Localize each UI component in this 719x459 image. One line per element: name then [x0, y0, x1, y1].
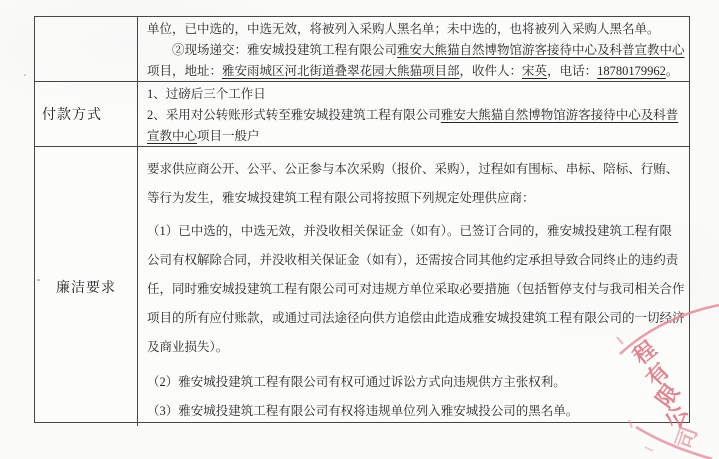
- text-line: （1）已中选的，中选无效，并没收相关保证金（如有）。已签订合同的，雅安城投建筑工…: [147, 217, 685, 246]
- scan-speck: [463, 118, 465, 120]
- text-line: （2）雅安城投建筑工程有限公司有权可通过诉讼方式向违规供方主张权利。: [147, 368, 685, 397]
- text-segment: 1、过磅后三个工作日: [147, 87, 266, 101]
- text-line: 项目的所有应付账款，或通过司法途径向供方追偿由此造成雅安城投建筑工程有限公司的一…: [147, 304, 685, 333]
- text-line: 单位，已中选的，中选无效，将被列入采购人黑名单；未中选的，也将被列入采购人黑名单…: [147, 19, 685, 40]
- text-segment: （1）已中选的，中选无效，并没收相关保证金（如有）。已签订合同的，雅安城投建筑工…: [147, 224, 672, 238]
- text-segment: 单位，已中选的，中选无效，将被列入采购人黑名单；未中选的，也将被列入采购人黑名单…: [147, 22, 660, 36]
- text-segment: 要求供应商公开、公平、公正参与本次采购（报价、采购），过程如有围标、串标、陪标、…: [147, 162, 678, 176]
- underlined-text-segment: 雅安雨城区河北街道叠翠花园大熊猫项目部: [222, 64, 460, 78]
- underlined-text-segment: 宣教中心: [147, 129, 197, 143]
- text-segment: ，收件人：: [460, 64, 523, 78]
- underlined-text-segment: 雅安大熊猫自然博物馆游客接待中心及科普: [441, 108, 679, 122]
- text-segment: 项目的所有应付账款，或通过司法途径向供方追偿由此造成雅安城投建筑工程有限公司的一…: [147, 311, 685, 325]
- seal-character: 司: [673, 424, 701, 452]
- table-row-payment-method: 付款方式 1、过磅后三个工作日2、采用对公转账形式转至雅安城投建筑工程有限公司雅…: [35, 82, 689, 147]
- text-segment: （2）雅安城投建筑工程有限公司有权可通过诉讼方式向违规供方主张权利。: [147, 375, 566, 389]
- payment-method-content-cell: 1、过磅后三个工作日2、采用对公转账形式转至雅安城投建筑工程有限公司雅安大熊猫自…: [138, 82, 689, 146]
- text-line: 要求供应商公开、公平、公正参与本次采购（报价、采购），过程如有围标、串标、陪标、…: [147, 155, 685, 184]
- text-segment: 项目一般户: [197, 129, 260, 143]
- text-line: 2、采用对公转账形式转至雅安城投建筑工程有限公司雅安大熊猫自然博物馆游客接待中心…: [147, 105, 685, 126]
- procurement-document-table: 单位，已中选的，中选无效，将被列入采购人黑名单；未中选的，也将被列入采购人黑名单…: [34, 16, 690, 423]
- integrity-requirements-content-cell: 要求供应商公开、公平、公正参与本次采购（报价、采购），过程如有围标、串标、陪标、…: [138, 147, 689, 426]
- text-segment: 等行为发生，雅安城投建筑工程有限公司将按照下列规定处理供应商：: [147, 191, 535, 205]
- text-line: （3）雅安城投建筑工程有限公司有权将违规单位列入雅安城投公司的黑名单。: [147, 397, 685, 426]
- text-line: 及商业损失）。: [147, 333, 685, 362]
- text-line: 公司有权解除合同，并没收相关保证金（如有），还需按合同其他约定承担导致合同终止的…: [147, 246, 685, 275]
- underlined-text-segment: 18780179962: [597, 64, 666, 78]
- delivery-content-cell: 单位，已中选的，中选无效，将被列入采购人黑名单；未中选的，也将被列入采购人黑名单…: [138, 17, 689, 81]
- text-segment: 任，同时雅安城投建筑工程有限公司可对违规方单位采取必要措施（包括暂停支付与我司相…: [147, 282, 685, 296]
- text-line: 1、过磅后三个工作日: [147, 84, 685, 105]
- underlined-text-segment: 雅安大熊猫自然博物馆游客接待中心及科普宣教中心: [397, 43, 685, 57]
- table-row-delivery-continuation: 单位，已中选的，中选无效，将被列入采购人黑名单；未中选的，也将被列入采购人黑名单…: [35, 17, 689, 82]
- text-segment: ，电话：: [547, 64, 597, 78]
- scan-speck: [24, 74, 26, 76]
- table-row-integrity-requirements: 廉洁要求 要求供应商公开、公平、公正参与本次采购（报价、采购），过程如有围标、串…: [35, 147, 689, 426]
- text-segment: （3）雅安城投建筑工程有限公司有权将违规单位列入雅安城投公司的黑名单。: [147, 404, 578, 418]
- text-line: ②现场递交：雅安城投建筑工程有限公司雅安大熊猫自然博物馆游客接待中心及科普宣教中…: [147, 40, 685, 61]
- text-segment: 公司有权解除合同，并没收相关保证金（如有），还需按合同其他约定承担导致合同终止的…: [147, 253, 678, 267]
- text-segment: 2、采用对公转账形式转至雅安城投建筑工程有限公司: [147, 108, 441, 122]
- integrity-requirements-label: 廉洁要求: [35, 147, 138, 426]
- payment-method-label: 付款方式: [35, 82, 138, 146]
- underlined-text-segment: 宋英: [522, 64, 547, 78]
- text-segment: 项目，地址：: [147, 64, 222, 78]
- label-cell-empty: [35, 17, 138, 81]
- scan-speck: [37, 279, 40, 281]
- text-segment: 及商业损失）。: [147, 340, 228, 354]
- text-segment: 。: [666, 64, 679, 78]
- text-line: 宣教中心项目一般户: [147, 126, 685, 147]
- text-line: 任，同时雅安城投建筑工程有限公司可对违规方单位采取必要措施（包括暂停支付与我司相…: [147, 275, 685, 304]
- text-segment: ②现场递交：雅安城投建筑工程有限公司: [172, 43, 397, 57]
- text-line: 等行为发生，雅安城投建筑工程有限公司将按照下列规定处理供应商：: [147, 184, 685, 213]
- text-line: 项目，地址：雅安雨城区河北街道叠翠花园大熊猫项目部，收件人：宋英，电话：1878…: [147, 61, 685, 82]
